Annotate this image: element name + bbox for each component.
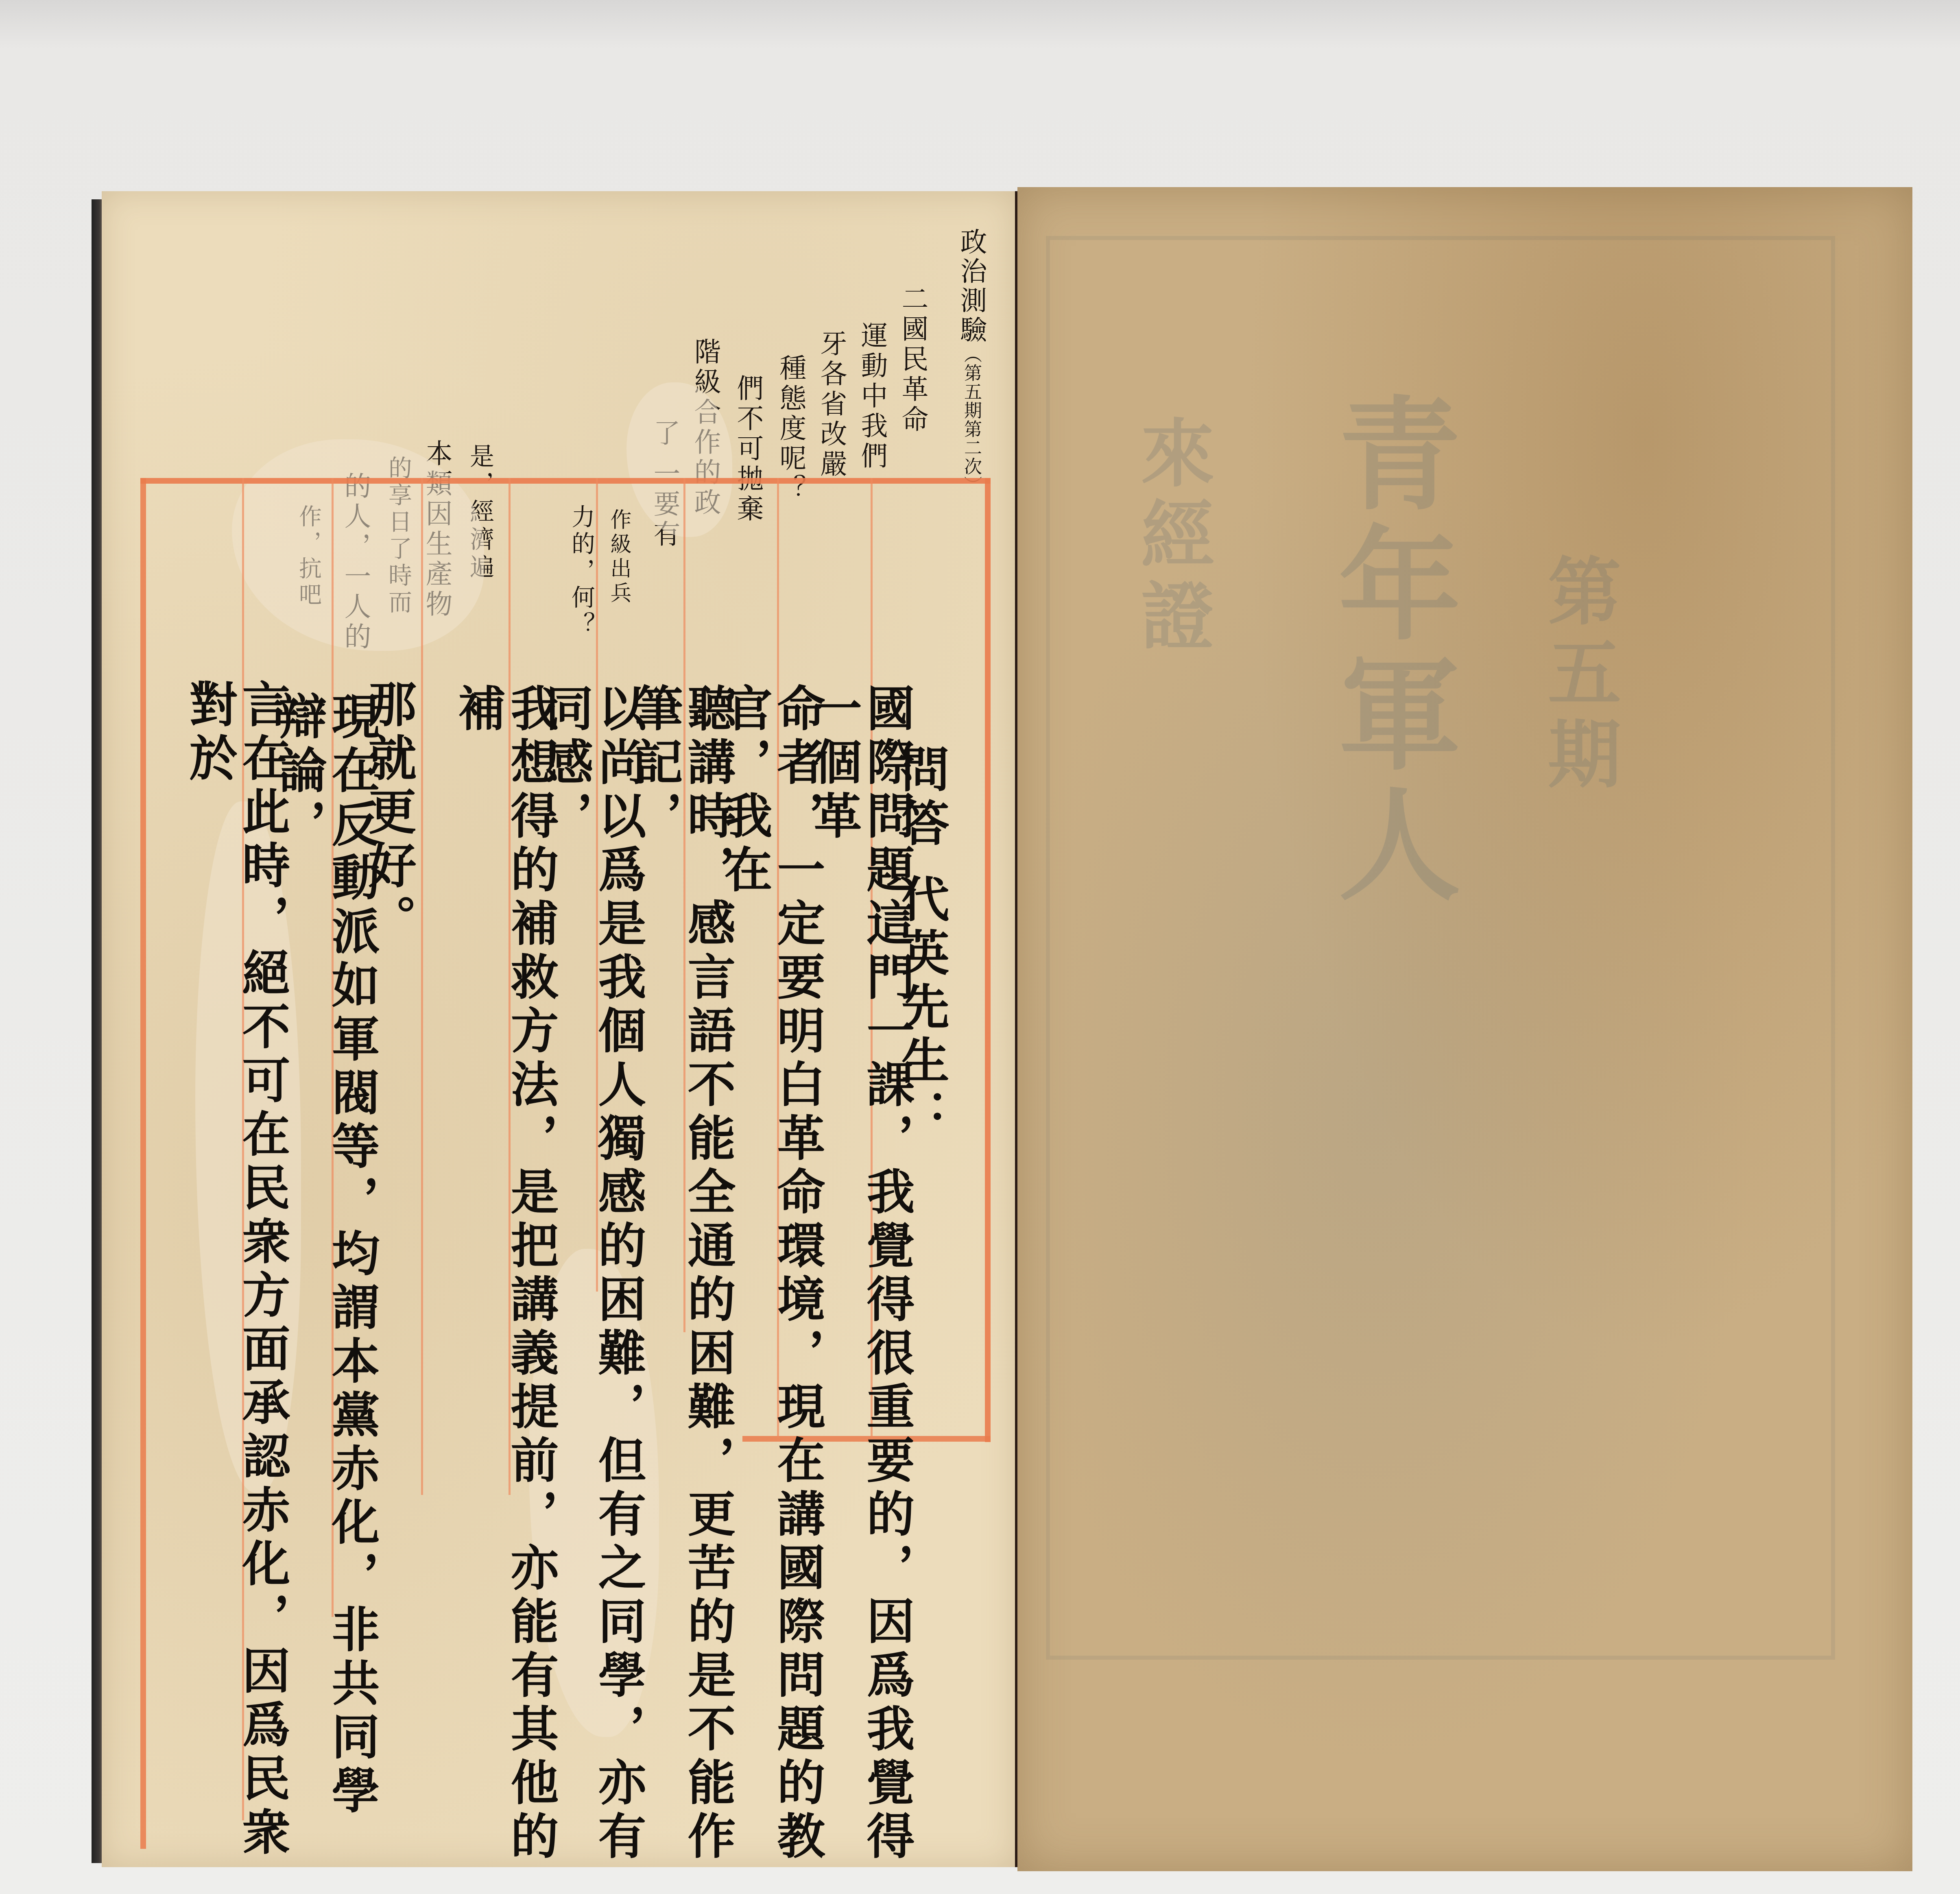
open-book: 政治測驗（第五期第二次） 二國民革命 運動中我們 牙各省改嚴 種態度呢？ 們不可… <box>92 187 1914 1879</box>
body-column: 我想得的補救方法，是把講義提前，亦能有其他的補 <box>452 683 557 1867</box>
document-title: 政治測驗（第五期第二次） <box>952 228 991 495</box>
right-page: 青年軍人 第五期 來經證 <box>1017 187 1912 1871</box>
bleed-through-text: 來經證 <box>1119 415 1224 659</box>
header-note: 二國民革命 <box>899 285 926 435</box>
header-note: 運動中我們 <box>858 321 885 472</box>
frame-top-rule <box>140 478 991 484</box>
bleed-through-text: 第五期 <box>1526 553 1631 797</box>
left-page: 政治測驗（第五期第二次） 二國民革命 運動中我們 牙各省改嚴 種態度呢？ 們不可… <box>102 191 1017 1867</box>
column-rule <box>421 478 423 1495</box>
title-subtitle: （第五期第二次） <box>961 345 982 495</box>
bleed-through-text: 青年軍人 <box>1302 391 1478 911</box>
frame-right-rule <box>985 478 991 1442</box>
body-column: 言在此時，絕不可在民衆方面承認赤化，因爲民衆對於 <box>183 679 289 1867</box>
frame-left-rule <box>140 478 146 1849</box>
title-text: 政治測驗 <box>956 228 987 345</box>
header-note: 牙各省改嚴 <box>818 329 845 480</box>
